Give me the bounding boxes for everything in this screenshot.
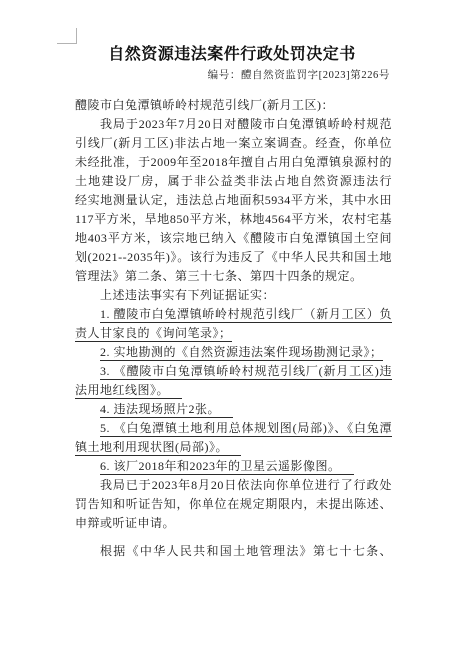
doc-line-text: 我局已于2023年8月20日依法向你单位进行了行政处 <box>100 478 392 492</box>
doc-line-text: 5. 《白兔潭镇土地利用总体规划图(局部)》、《白兔潭 <box>100 421 392 437</box>
doc-line-text: 未经批准，于2009年至2018年擅自占用白兔潭镇泉源村的 <box>75 155 392 169</box>
doc-line-text: 3. 《醴陵市白兔潭镇峤岭村规范引线厂(新月工区)违 <box>100 364 392 380</box>
doc-line-text: 申辩或听证申请。 <box>75 516 175 530</box>
doc-line-text: 责人甘家良的《询问笔录》； <box>75 326 232 342</box>
doc-line: 4. 违法现场照片2张。 <box>75 400 392 419</box>
doc-line-text: 我局于2023年7月20日对醴陵市白兔潭镇峤岭村规范 <box>100 117 392 131</box>
doc-line-text: 引线厂(新月工区)非法占地一案立案调查。经查，你单位 <box>75 136 392 150</box>
doc-line: 117平方米，旱地850平方米，林地4564平方米，农村宅基 <box>75 210 392 229</box>
doc-line-text: 2. 实地勘测的《自然资源违法案件现场勘测记录》； <box>100 345 383 361</box>
doc-line-text: 根据《中华人民共和国土地管理法》第七十七条、《湖 <box>75 544 392 561</box>
doc-line-text: 117平方米，旱地850平方米，林地4564平方米，农村宅基 <box>75 212 392 226</box>
doc-line: 申辩或听证申请。 <box>75 514 392 533</box>
doc-line: 上述违法事实有下列证据证实： <box>75 286 392 305</box>
document-title: 自然资源违法案件行政处罚决定书 <box>72 41 392 64</box>
doc-line: 经实地测量认定，违法总占地面积5934平方米，其中水田 <box>75 191 392 210</box>
doc-line-text: 镇土地利用现状图(局部)》。 <box>75 440 241 456</box>
doc-line: 引线厂(新月工区)非法占地一案立案调查。经查，你单位 <box>75 134 392 153</box>
document-number: 编号：醴自然资监罚字[2023]第226号 <box>75 67 390 82</box>
doc-line-text: 上述违法事实有下列证据证实： <box>100 288 275 302</box>
doc-line: 我局已于2023年8月20日依法向你单位进行了行政处 <box>75 476 392 495</box>
doc-line: 划(2021--2035年)》。该行为违反了《中华人民共和国土地 <box>75 248 392 267</box>
doc-line: 根据《中华人民共和国土地管理法》第七十七条、《湖 <box>75 542 392 561</box>
doc-line-text: 1. 醴陵市白兔潭镇峤岭村规范引线厂（新月工区）负 <box>100 307 392 323</box>
doc-line: 未经批准，于2009年至2018年擅自占用白兔潭镇泉源村的 <box>75 153 392 172</box>
doc-line: 责人甘家良的《询问笔录》； <box>75 324 392 343</box>
doc-line-text: 醴陵市白兔潭镇峤岭村规范引线厂(新月工区)： <box>75 98 334 112</box>
doc-line-text: 法用地红线图》。 <box>75 383 182 399</box>
doc-line: 6. 该厂2018年和2023年的卫星云遥影像图。 <box>75 457 392 476</box>
doc-line: 罚告知和听证告知，你单位在规定期限内，未提出陈述、 <box>75 495 392 514</box>
doc-line: 1. 醴陵市白兔潭镇峤岭村规范引线厂（新月工区）负 <box>75 305 392 324</box>
doc-line-text: 罚告知和听证告知，你单位在规定期限内，未提出陈述、 <box>75 497 392 511</box>
doc-line-text: 经实地测量认定，违法总占地面积5934平方米，其中水田 <box>75 193 392 207</box>
doc-line: 5. 《白兔潭镇土地利用总体规划图(局部)》、《白兔潭 <box>75 419 392 438</box>
document-page: 自然资源违法案件行政处罚决定书 编号：醴自然资监罚字[2023]第226号 醴陵… <box>0 0 461 652</box>
doc-line-text: 地403平方米，该宗地已纳入《醴陵市白兔潭镇国土空间规 <box>75 231 392 248</box>
doc-line: 2. 实地勘测的《自然资源违法案件现场勘测记录》； <box>75 343 392 362</box>
doc-line: 土地建设厂房，属于非公益类非法占地自然资源违法行为。 <box>75 172 392 191</box>
doc-line: 地403平方米，该宗地已纳入《醴陵市白兔潭镇国土空间规 <box>75 229 392 248</box>
document-body: 醴陵市白兔潭镇峤岭村规范引线厂(新月工区)：我局于2023年7月20日对醴陵市白… <box>75 96 392 561</box>
doc-line-text: 4. 违法现场照片2张。 <box>100 402 233 418</box>
doc-line-text: 6. 该厂2018年和2023年的卫星云遥影像图。 <box>100 459 354 475</box>
doc-line: 法用地红线图》。 <box>75 381 392 400</box>
doc-line: 镇土地利用现状图(局部)》。 <box>75 438 392 457</box>
doc-line: 我局于2023年7月20日对醴陵市白兔潭镇峤岭村规范 <box>75 115 392 134</box>
doc-line-text: 管理法》第二条、第三十七条、第四十四条的规定。 <box>75 269 363 283</box>
doc-line: 管理法》第二条、第三十七条、第四十四条的规定。 <box>75 267 392 286</box>
doc-line: 3. 《醴陵市白兔潭镇峤岭村规范引线厂(新月工区)违 <box>75 362 392 381</box>
doc-line: 醴陵市白兔潭镇峤岭村规范引线厂(新月工区)： <box>75 96 392 115</box>
doc-line-text: 划(2021--2035年)》。该行为违反了《中华人民共和国土地 <box>75 250 392 264</box>
doc-line-text: 土地建设厂房，属于非公益类非法占地自然资源违法行为。 <box>75 174 392 191</box>
